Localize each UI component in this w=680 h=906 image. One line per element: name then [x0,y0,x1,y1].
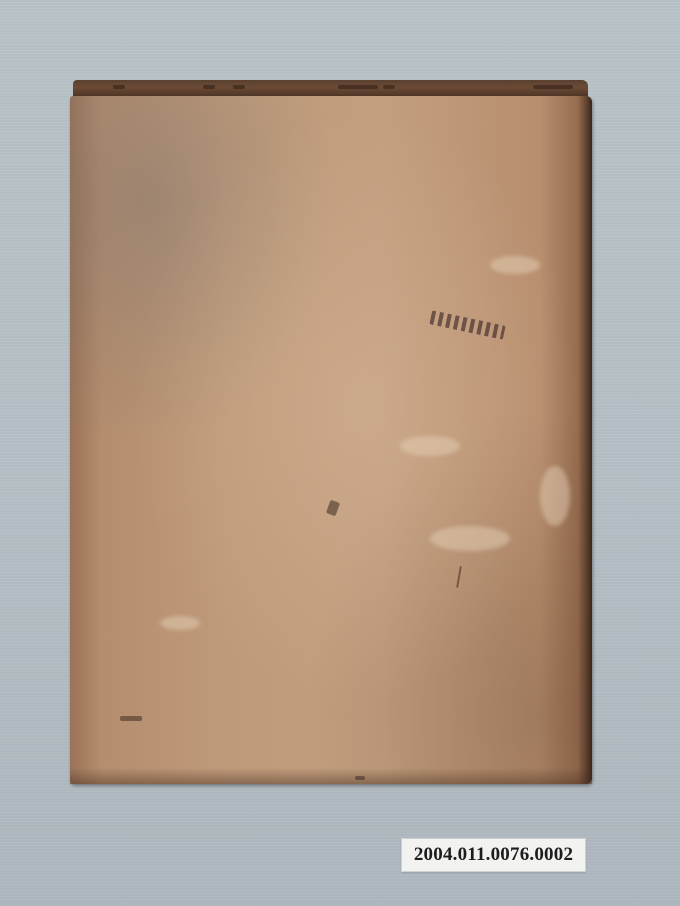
ink-mark [326,500,340,517]
scuff [490,256,540,274]
catalog-number-label: 2004.011.0076.0002 [401,838,586,872]
book [70,80,598,788]
scuff [160,616,200,630]
bottom-edge-shade [70,768,592,784]
scuff [430,526,510,551]
ink-mark [355,776,365,780]
ink-mark [120,716,142,721]
ink-mark [456,566,462,588]
spine-edge-shade [578,96,592,784]
faded-stamp-mark [429,310,505,339]
book-back-cover [70,96,592,784]
scuff [400,436,460,456]
scuff [540,466,570,526]
